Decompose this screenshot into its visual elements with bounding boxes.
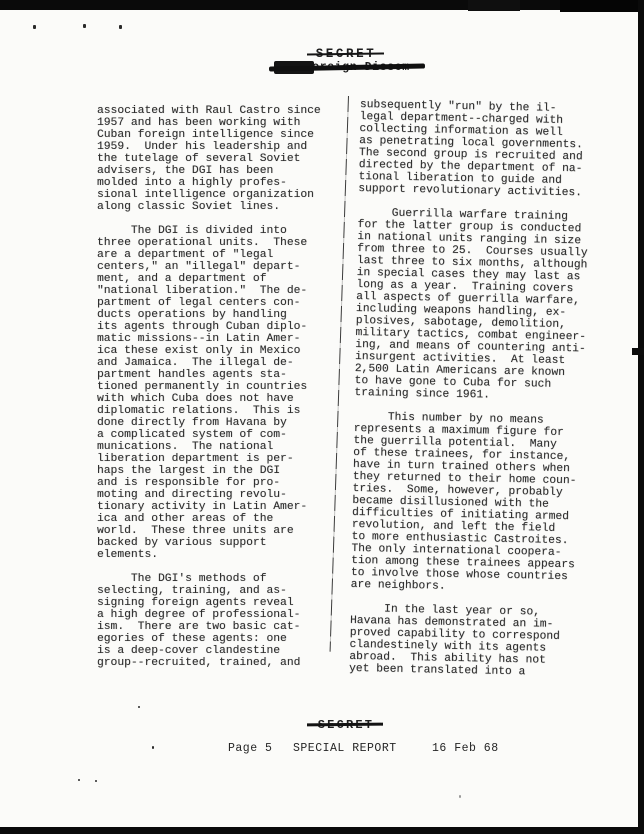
ink-speck <box>95 780 97 782</box>
paragraph: Guerrilla warfare training for the latte… <box>354 207 598 404</box>
ink-speck <box>33 25 36 29</box>
report-date: 16 Feb 68 <box>432 742 499 755</box>
scan-edge-top-notch <box>468 0 520 11</box>
paragraph: subsequently "run" by the il- legal depa… <box>358 99 600 200</box>
dissem-line: No Foreign Dissem <box>24 61 644 74</box>
report-title: SPECIAL REPORT <box>293 742 397 755</box>
document-page: SECRET No Foreign Dissem associated with… <box>0 0 644 834</box>
scan-edge-top-notch <box>560 0 644 12</box>
paragraph: associated with Raul Castro since 1957 a… <box>97 105 337 213</box>
paragraph: The DGI's methods of selecting, training… <box>97 573 337 669</box>
paragraph: The DGI is divided into three operationa… <box>97 225 337 561</box>
classification-stamp-struck: SECRET <box>314 47 379 61</box>
paragraph: In the last year or so, Havana has demon… <box>349 603 590 680</box>
ink-speck <box>78 779 80 781</box>
ink-speck <box>119 25 122 29</box>
ink-speck <box>83 24 86 28</box>
classification-footer: SECRET <box>24 718 644 732</box>
margin-mark <box>632 348 644 355</box>
classification-header: SECRET <box>24 47 644 61</box>
dissem-text-redacted: No Foreign Dissem <box>280 61 412 74</box>
scan-edge-bottom <box>0 827 644 834</box>
right-column: subsequently "run" by the il- legal depa… <box>349 99 600 691</box>
ink-speck <box>152 746 154 749</box>
page-number: Page 5 <box>228 742 272 755</box>
classification-stamp-struck: SECRET <box>316 718 376 732</box>
ink-speck <box>459 795 461 798</box>
scan-edge-top <box>0 0 644 10</box>
left-column: associated with Raul Castro since 1957 a… <box>97 105 337 681</box>
ink-speck <box>138 706 140 708</box>
paragraph: This number by no means represents a max… <box>351 411 594 596</box>
scan-edge-right <box>638 0 644 834</box>
